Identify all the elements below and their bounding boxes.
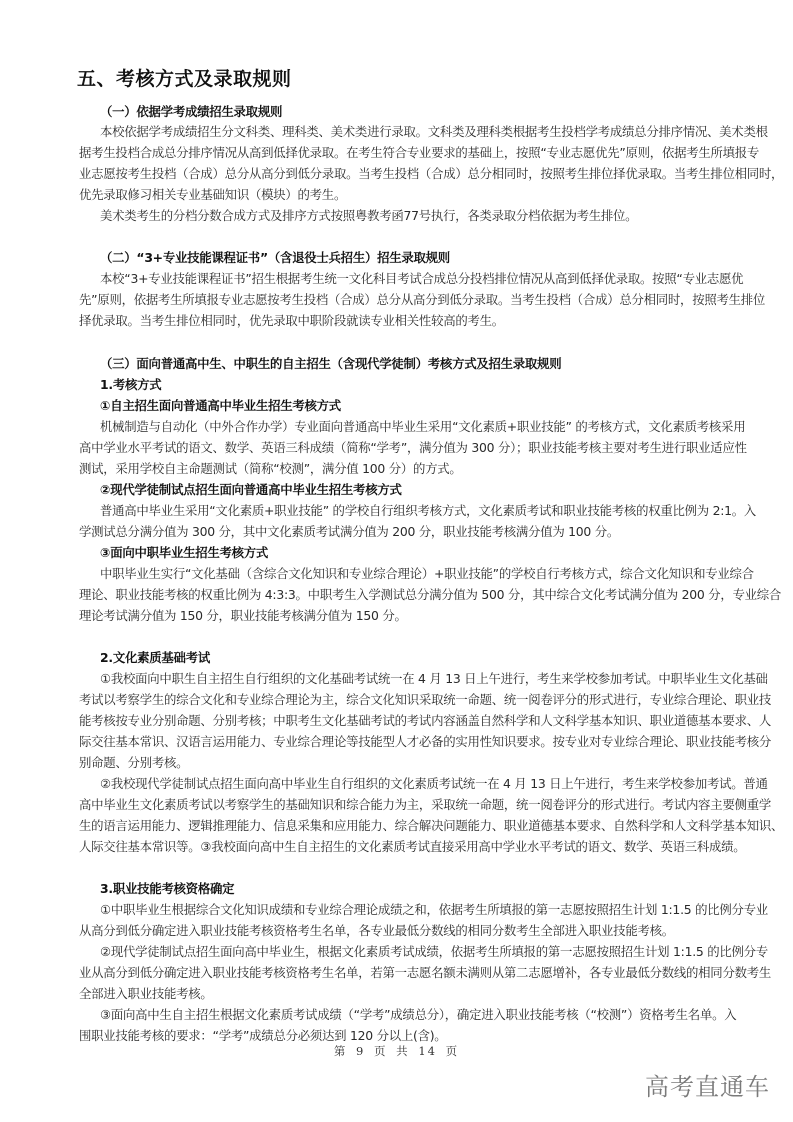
item-heading: ③面向中职毕业生招生考核方式 [100,543,760,563]
paragraph-line: 考试以考察学生的综合文化和专业综合理论为主，综合文化知识采取统一命题、统一阅卷评… [79,690,739,710]
item-heading: 2.文化素质基础考试 [100,648,760,668]
paragraph-line: 理论考试满分值为 150 分，职业技能考核满分值为 150 分。 [79,606,739,626]
paragraph-line: 优先录取修习相关专业基础知识（模块）的考生。 [79,185,739,205]
paragraph-line: 能考核按专业分别命题、分别考核；中职考生文化基础考试的考试内容涵盖自然科学和人文… [79,711,739,731]
item-heading: ①自主招生面向普通高中毕业生招生考核方式 [100,396,760,416]
subsection-heading-1: （一）依据学考成绩招生录取规则 [100,102,760,122]
paragraph-line: 别命题、分别考核。 [79,753,739,773]
item-heading: 3.职业技能考核资格确定 [100,879,760,899]
item-heading: 1.考核方式 [100,375,760,395]
paragraph-line: ①我校面向中职生自主招生自行组织的文化基础考试统一在 4 月 13 日上午进行，… [100,669,760,689]
paragraph-line: 全部进入职业技能考核。 [79,984,739,1004]
paragraph-line: ②现代学徒制试点招生面向高中毕业生，根据文化素质考试成绩，依据考生所填报的第一志… [100,942,760,962]
paragraph-line: ②我校现代学徒制试点招生面向高中毕业生自行组织的文化素质考试统一在 4 月 13… [100,774,760,794]
paragraph-line: 际交往基本常识、汉语言运用能力、专业综合理论等技能型人才必备的实用性知识要求。按… [79,732,739,752]
paragraph-line: 本校“3+专业技能课程证书”招生根据考生统一文化科目考试合成总分投档排位情况从高… [100,269,760,289]
paragraph-line: 测试，采用学校自主命题测试（简称“校测”，满分值 100 分）的方式。 [79,459,739,479]
paragraph-line: 据考生投档合成总分排序情况从高到低择优录取。在考生符合专业要求的基础上，按照“专… [79,143,739,163]
paragraph-line: 业志愿按考生投档（合成）总分从高分到低分录取。当考生投档（合成）总分相同时，按照… [79,164,739,184]
paragraph-line: 理论、职业技能考核的权重比例为 4:3:3。中职考生入学测试总分满分值为 500… [79,585,739,605]
paragraph-line: ③面向高中生自主招生根据文化素质考试成绩（“学考”成绩总分），确定进入职业技能考… [100,1005,760,1025]
paragraph-line: 本校依据学考成绩招生分文科类、理科类、美术类进行录取。文科类及理科类根据考生投档… [100,122,760,142]
paragraph-line: 人际交往基本常识等。③我校面向高中生自主招生的文化素质考试直接采用高中学业水平考… [79,837,739,857]
subsection-heading-2: （二）“3+专业技能课程证书”（含退役士兵招生）招生录取规则 [100,248,760,268]
document-page: 五、考核方式及录取规则 （一）依据学考成绩招生录取规则 本校依据学考成绩招生分文… [0,0,793,1122]
paragraph-line: 择优录取。当考生排位相同时，优先录取中职阶段就读专业相关性较高的考生。 [79,311,739,331]
paragraph-line: 先”原则，依据考生所填报专业志愿按考生投档（合成）总分从高分到低分录取。当考生投… [79,290,739,310]
item-heading: ②现代学徒制试点招生面向普通高中毕业生招生考核方式 [100,480,760,500]
subsection-heading-3: （三）面向普通高中生、中职生的自主招生（含现代学徒制）考核方式及招生录取规则 [100,354,760,374]
paragraph-line: 美术类考生的分档分数合成方式及排序方式按照粤教考函77号执行，各类录取分档依据为… [100,206,760,226]
page-number: 第 9 页 共 14 页 [0,1043,793,1059]
paragraph-line: 业从高分到低分确定进入职业技能考核资格考生名单，若第一志愿名额未满则从第二志愿增… [79,963,739,983]
watermark: 高考直通车 [645,1067,770,1102]
paragraph-line: 机械制造与自动化（中外合作办学）专业面向普通高中毕业生采用“文化素质+职业技能”… [100,417,760,437]
paragraph-line: 高中毕业生文化素质考试以考察学生的基础知识和综合能力为主，采取统一命题，统一阅卷… [79,795,739,815]
paragraph-line: 学测试总分满分值为 300 分，其中文化素质考试满分值为 200 分，职业技能考… [79,522,739,542]
paragraph-line: 生的语言运用能力、逻辑推理能力、信息采集和应用能力、综合解决问题能力、职业道德基… [79,816,739,836]
paragraph-line: 高中学业水平考试的语文、数学、英语三科成绩（简称“学考”，满分值为 300 分）… [79,438,739,458]
paragraph-line: ①中职毕业生根据综合文化知识成绩和专业综合理论成绩之和，依据考生所填报的第一志愿… [100,900,760,920]
paragraph-line: 从高分到低分确定进入职业技能考核资格考生名单，各专业最低分数线的相同分数考生全部… [79,921,739,941]
paragraph-line: 普通高中毕业生采用“文化素质+职业技能” 的学校自行组织考核方式，文化素质考试和… [100,501,760,521]
section-title: 五、考核方式及录取规则 [77,64,292,91]
paragraph-line: 中职毕业生实行“文化基础（含综合文化知识和专业综合理论）+职业技能”的学校自行考… [100,564,760,584]
